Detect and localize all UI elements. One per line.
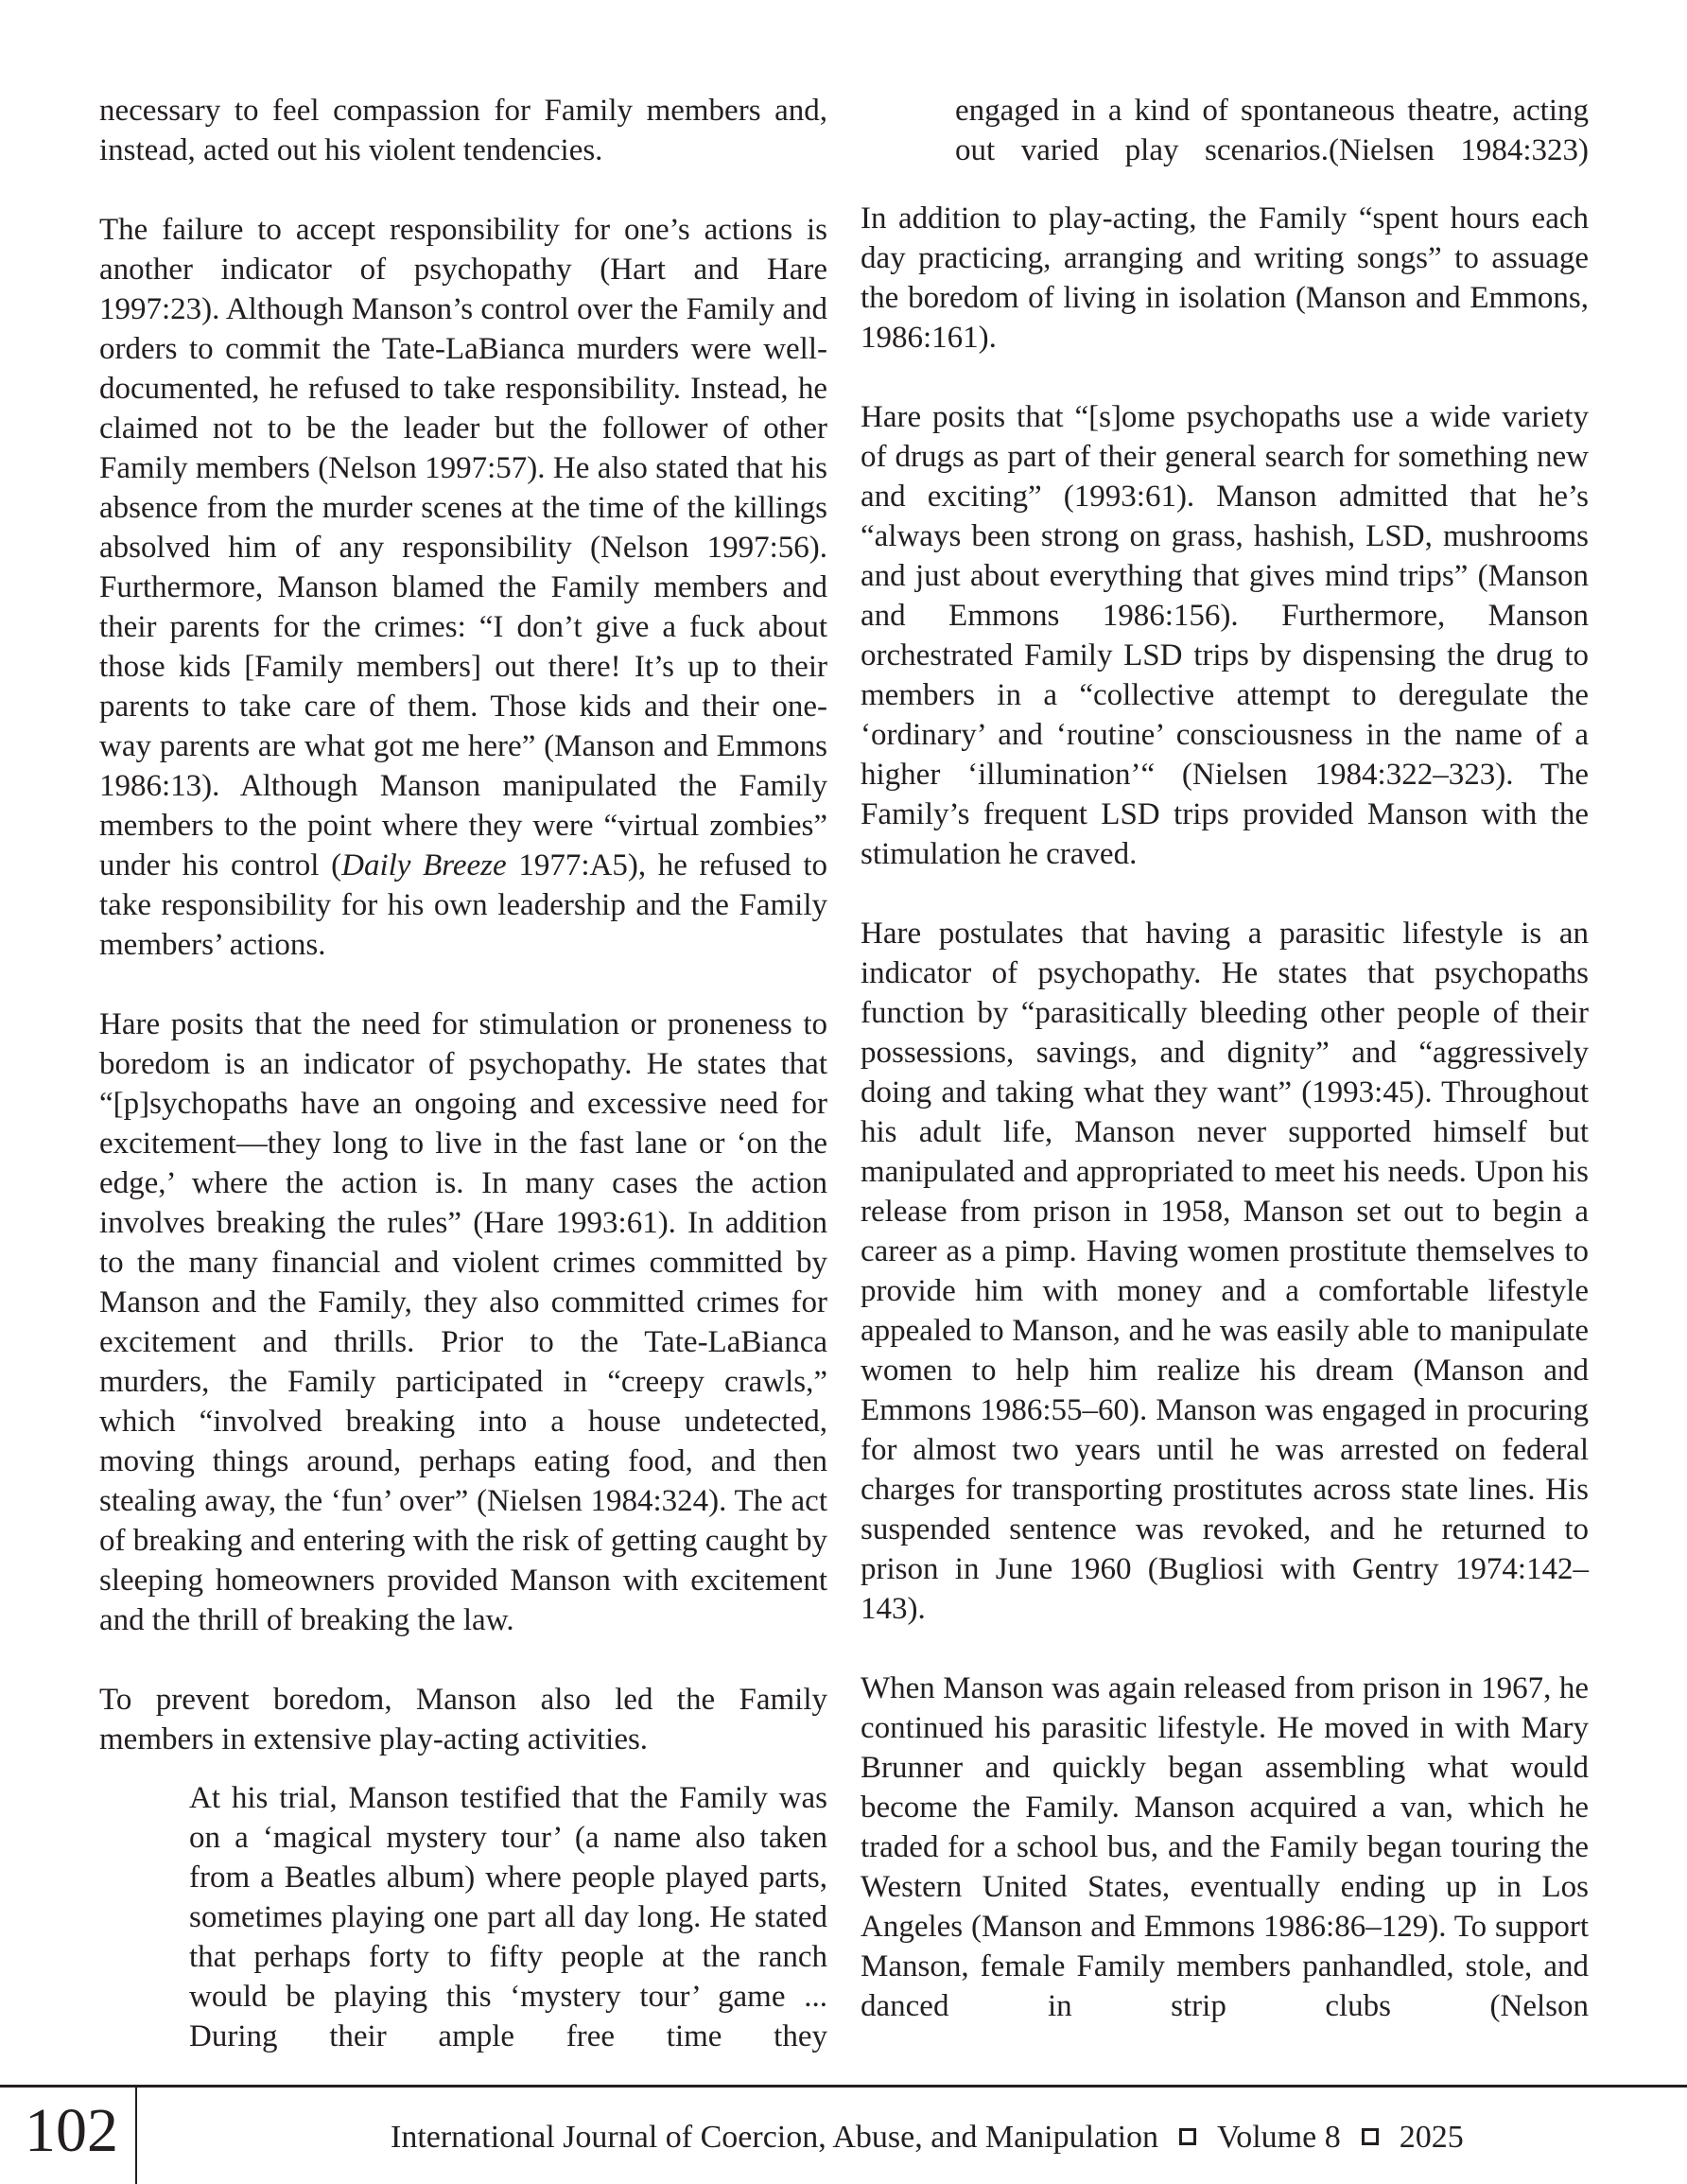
- blockquote-line-1: engaged in a kind of spontaneous theatre…: [955, 91, 1589, 131]
- square-separator-icon: [1179, 2128, 1196, 2145]
- italic-source-title: Daily Breeze: [341, 848, 507, 882]
- paragraph-responsibility-text: The failure to accept responsibility for…: [99, 213, 827, 882]
- blockquote-continuation: engaged in a kind of spontaneous theatre…: [955, 91, 1589, 170]
- footer-rule: [0, 2085, 1687, 2088]
- page-number: 102: [25, 2100, 118, 2162]
- blockquote-trial-testimony: At his trial, Manson testified that the …: [189, 1778, 827, 2056]
- year-label: 2025: [1400, 2120, 1464, 2155]
- paragraph-drugs: Hare posits that “[s]ome psychopaths use…: [861, 397, 1589, 874]
- journal-title: International Journal of Coercion, Abuse…: [391, 2120, 1158, 2155]
- square-separator-icon: [1362, 2128, 1379, 2145]
- paragraph-stimulation: Hare posits that the need for stimulatio…: [99, 1005, 827, 1640]
- paragraph-songs: In addition to play-acting, the Family “…: [861, 199, 1589, 358]
- running-footer: International Journal of Coercion, Abuse…: [391, 2119, 1464, 2157]
- left-column: necessary to feel compassion for Family …: [99, 91, 827, 2056]
- paragraph-compassion-ending: necessary to feel compassion for Family …: [99, 91, 827, 170]
- volume-label: Volume 8: [1217, 2120, 1341, 2155]
- paragraph-release-1967: When Manson was again released from pris…: [861, 1669, 1589, 2026]
- blockquote-line-2: out varied play scenarios.(Nielsen 1984:…: [955, 131, 1589, 170]
- footer-vertical-divider: [135, 2087, 137, 2184]
- right-column: engaged in a kind of spontaneous theatre…: [861, 91, 1589, 2026]
- paragraph-parasitic-lifestyle: Hare postulates that having a parasitic …: [861, 914, 1589, 1629]
- paragraph-responsibility: The failure to accept responsibility for…: [99, 210, 827, 965]
- paragraph-boredom: To prevent boredom, Manson also led the …: [99, 1680, 827, 1759]
